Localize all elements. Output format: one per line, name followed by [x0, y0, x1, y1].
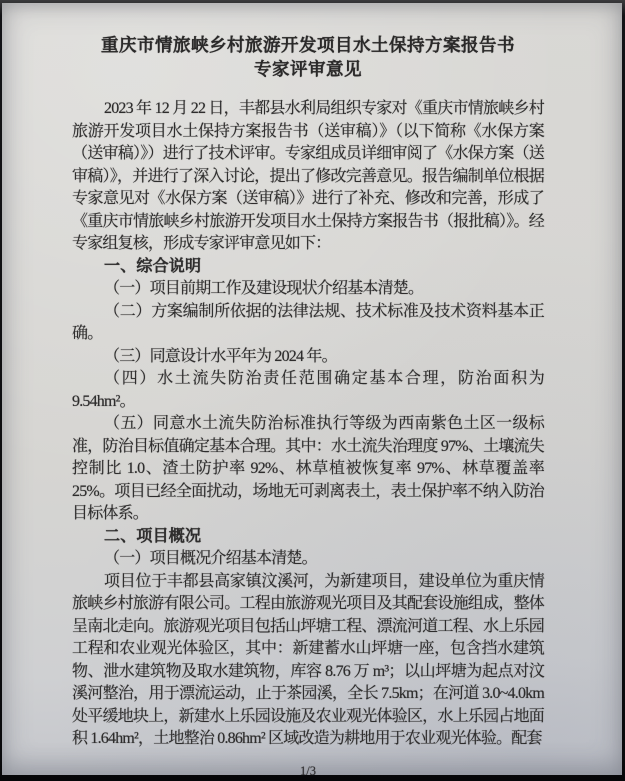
paragraph: （四）水土流失防治责任范围确定基本合理，防治面积为 9.54hm²。: [72, 368, 544, 413]
page-number: 1/3: [72, 764, 544, 779]
document-body: 2023 年 12 月 22 日，丰都县水利局组织专家对《重庆市情旅峡乡村旅游开…: [72, 98, 544, 751]
document-page: 重庆市情旅峡乡村旅游开发项目水土保持方案报告书 专家评审意见 2023 年 12…: [2, 3, 622, 775]
document-title: 重庆市情旅峡乡村旅游开发项目水土保持方案报告书 专家评审意见: [72, 33, 544, 81]
document-title-line2: 专家评审意见: [254, 59, 362, 79]
document-content: 重庆市情旅峡乡村旅游开发项目水土保持方案报告书 专家评审意见 2023 年 12…: [72, 33, 544, 779]
paragraph: （二）方案编制所依据的法律法规、技术标准及技术资料基本正确。: [72, 301, 544, 346]
paragraph: （五）同意水土流失防治标准执行等级为西南紫色土区一级标准，防治目标值确定基本合理…: [72, 413, 544, 526]
section-heading: 一、综合说明: [72, 256, 544, 279]
document-title-line1: 重庆市情旅峡乡村旅游开发项目水土保持方案报告书: [101, 35, 515, 55]
paragraph: （一）项目前期工作及建设现状介绍基本清楚。: [72, 278, 544, 301]
paragraph: （三）同意设计水平年为 2024 年。: [72, 346, 544, 369]
paragraph: 2023 年 12 月 22 日，丰都县水利局组织专家对《重庆市情旅峡乡村旅游开…: [72, 98, 544, 256]
section-heading: 二、项目概况: [72, 526, 544, 549]
photo-frame: 重庆市情旅峡乡村旅游开发项目水土保持方案报告书 专家评审意见 2023 年 12…: [0, 0, 625, 781]
paragraph: 项目位于丰都县高家镇汶溪河，为新建项目，建设单位为重庆情旅峡乡村旅游有限公司。工…: [72, 571, 544, 751]
paragraph: （一）项目概况介绍基本清楚。: [72, 548, 544, 571]
